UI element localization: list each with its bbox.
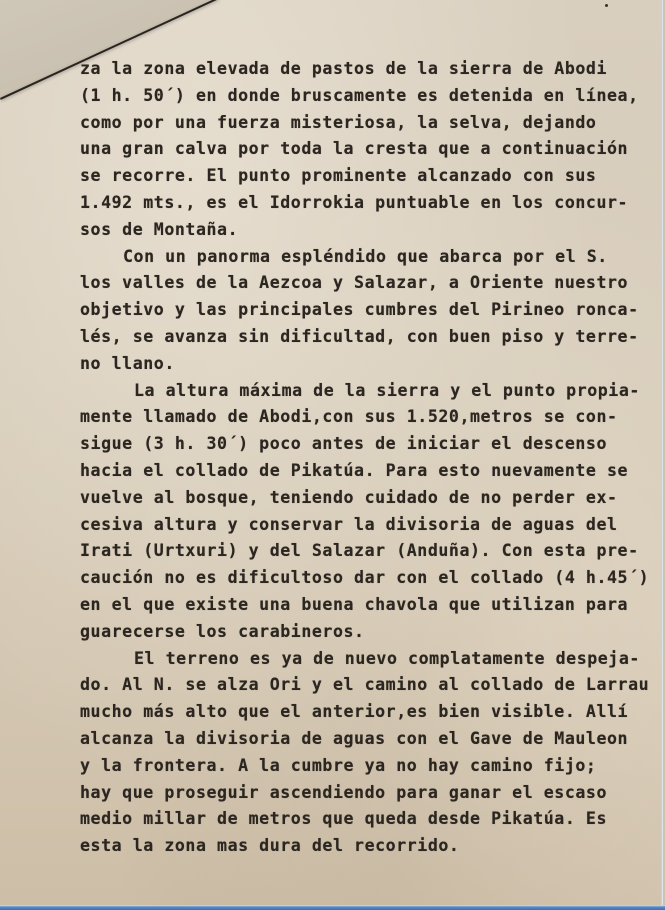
text-line: los valles de la Aezcoa y Salazar, a Ori… (80, 270, 665, 297)
text-line: en el que existe una buena chavola que u… (80, 592, 665, 619)
text-line: medio millar de metros que queda desde P… (80, 806, 665, 833)
text-line: za la zona elevada de pastos de la sierr… (80, 56, 665, 83)
text-line: Con un panorma espléndido que abarca por… (80, 244, 665, 271)
text-line: cesiva altura y conservar la divisoria d… (80, 512, 665, 539)
text-line: sigue (3 h. 30´) poco antes de iniciar e… (80, 431, 665, 458)
text-line: no llano. (80, 351, 665, 378)
text-line: El terreno es ya de nuevo complatamente … (80, 646, 665, 673)
page-right-edge (661, 0, 663, 905)
text-line: do. Al N. se alza Ori y el camino al col… (80, 672, 665, 699)
text-line: 1.492 mts., es el Idorrokia puntuable en… (80, 190, 665, 217)
window-bottom-edge (0, 905, 665, 910)
text-line: Irati (Urtxuri) y del Salazar (Anduña). … (80, 538, 665, 565)
text-line: vuelve al bosque, teniendo cuidado de no… (80, 485, 665, 512)
text-line: lés, se avanza sin dificultad, con buen … (80, 324, 665, 351)
text-line: hacia el collado de Pikatúa. Para esto n… (80, 458, 665, 485)
text-line: mucho más alto que el anterior,es bien v… (80, 699, 665, 726)
text-line: caución no es dificultoso dar con el col… (80, 565, 665, 592)
text-line: La altura máxima de la sierra y el punto… (80, 378, 665, 405)
text-line: objetivo y las principales cumbres del P… (80, 297, 665, 324)
text-line: (1 h. 50´) en donde bruscamente es deten… (80, 83, 665, 110)
text-line: como por una fuerza misteriosa, la selva… (80, 110, 665, 137)
text-line: hay que proseguir ascendiendo para ganar… (80, 780, 665, 807)
text-line: alcanza la divisoria de aguas con el Gav… (80, 726, 665, 753)
typewritten-text-block: za la zona elevada de pastos de la sierr… (80, 56, 665, 860)
text-line: mente llamado de Abodi,con sus 1.520,met… (80, 404, 665, 431)
scanned-page: za la zona elevada de pastos de la sierr… (0, 0, 663, 905)
text-line: esta la zona mas dura del recorrido. (80, 833, 665, 860)
text-line: guarecerse los carabineros. (80, 619, 665, 646)
ink-speck (605, 4, 608, 7)
text-line: se recorre. El punto prominente alcanzad… (80, 163, 665, 190)
text-line: y la frontera. A la cumbre ya no hay cam… (80, 753, 665, 780)
text-line: sos de Montaña. (80, 217, 665, 244)
text-line: una gran calva por toda la cresta que a … (80, 136, 665, 163)
